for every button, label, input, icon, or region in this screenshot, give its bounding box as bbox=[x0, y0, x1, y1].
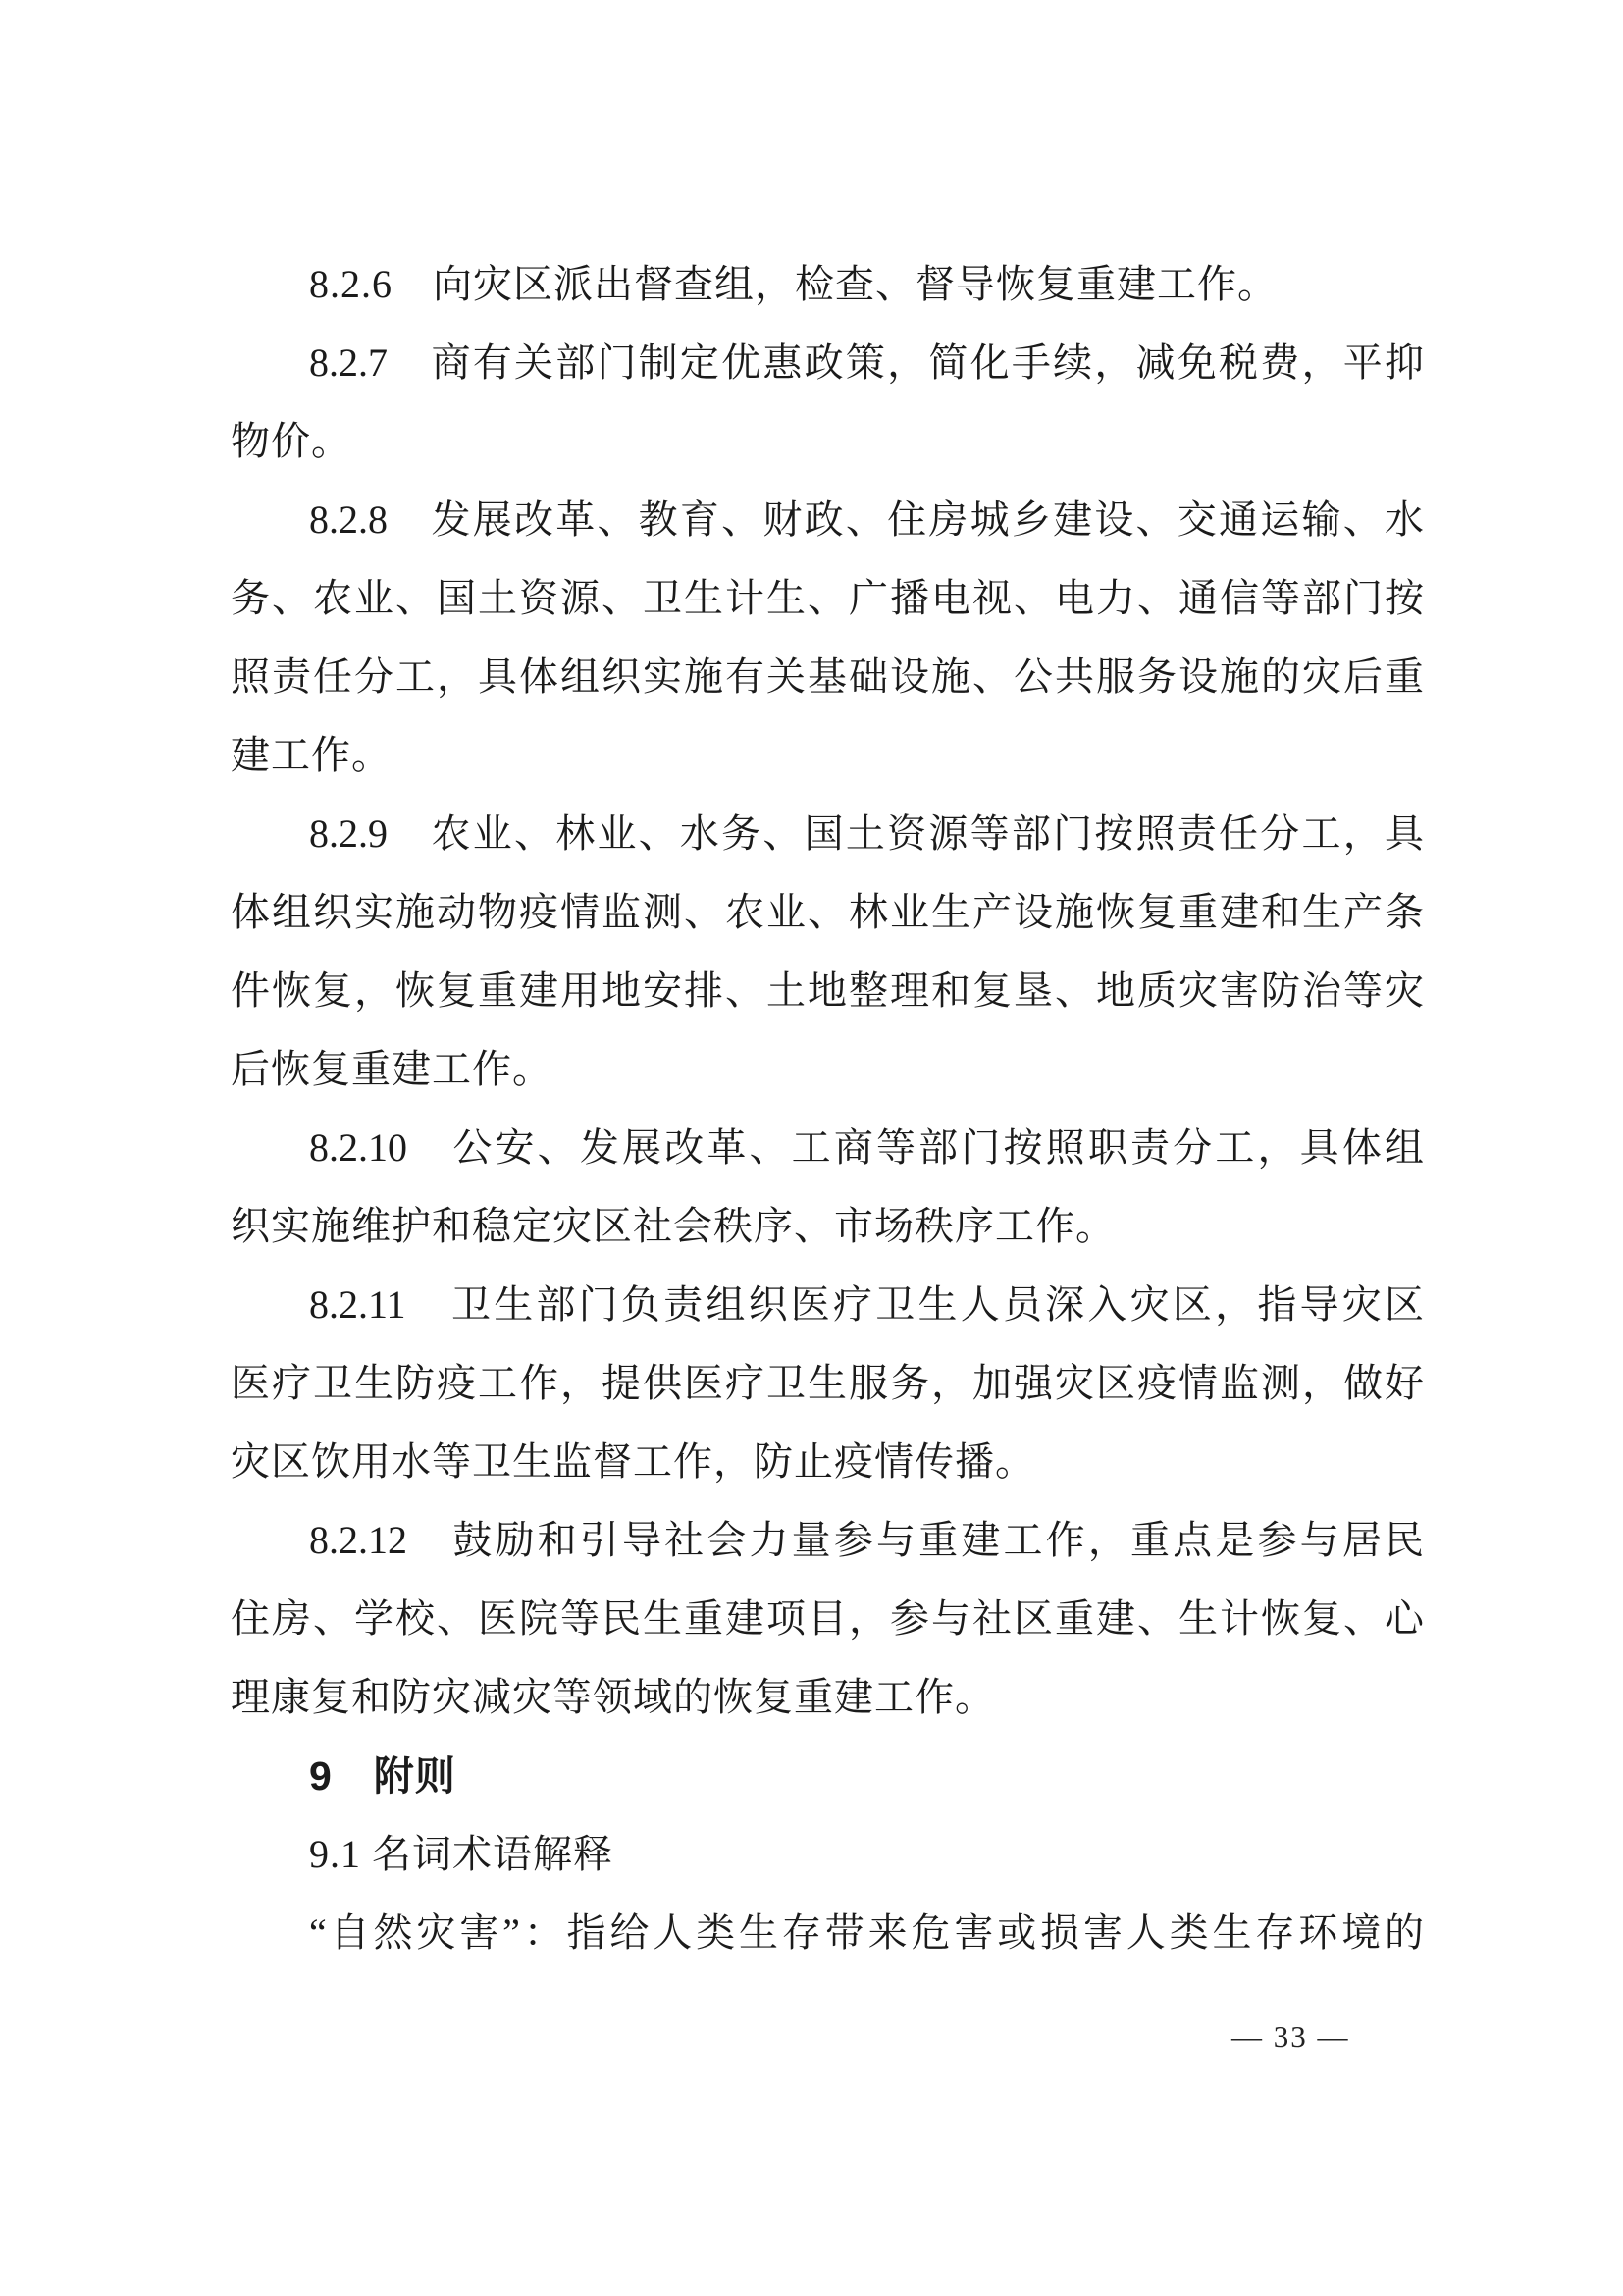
para-8-2-9-line-3: 件恢复，恢复重建用地安排、土地整理和复垦、地质灾害防治等灾 bbox=[231, 952, 1424, 1030]
para-8-2-12-line-3: 理康复和防灾减灾等领域的恢复重建工作。 bbox=[231, 1658, 1424, 1737]
para-8-2-7-line-2: 物价。 bbox=[231, 402, 1424, 481]
para-8-2-12-line-1: 8.2.12 鼓励和引导社会力量参与重建工作，重点是参与居民 bbox=[231, 1501, 1424, 1580]
para-8-2-9-line-1: 8.2.9 农业、林业、水务、国土资源等部门按照责任分工，具 bbox=[231, 795, 1424, 873]
section-9-heading: 9 附则 bbox=[231, 1737, 1424, 1815]
para-term-line-1: “自然灾害”：指给人类生存带来危害或损害人类生存环境的 bbox=[231, 1894, 1424, 1972]
para-8-2-10-line-1: 8.2.10 公安、发展改革、工商等部门按照职责分工，具体组 bbox=[231, 1109, 1424, 1187]
section-9-1-heading: 9.1 名词术语解释 bbox=[231, 1815, 1424, 1894]
para-8-2-8-line-3: 照责任分工，具体组织实施有关基础设施、公共服务设施的灾后重 bbox=[231, 638, 1424, 716]
document-body: 8.2.6 向灾区派出督查组，检查、督导恢复重建工作。8.2.7 商有关部门制定… bbox=[231, 245, 1424, 1972]
para-8-2-8-line-1: 8.2.8 发展改革、教育、财政、住房城乡建设、交通运输、水 bbox=[231, 481, 1424, 559]
para-8-2-10-line-2: 织实施维护和稳定灾区社会秩序、市场秩序工作。 bbox=[231, 1187, 1424, 1266]
para-8-2-12-line-2: 住房、学校、医院等民生重建项目，参与社区重建、生计恢复、心 bbox=[231, 1580, 1424, 1658]
para-8-2-6-line-1: 8.2.6 向灾区派出督查组，检查、督导恢复重建工作。 bbox=[231, 245, 1424, 324]
document-page: 8.2.6 向灾区派出督查组，检查、督导恢复重建工作。8.2.7 商有关部门制定… bbox=[0, 0, 1623, 2296]
page-number: — 33 — bbox=[1231, 2017, 1350, 2057]
para-8-2-9-line-2: 体组织实施动物疫情监测、农业、林业生产设施恢复重建和生产条 bbox=[231, 873, 1424, 952]
para-8-2-8-line-4: 建工作。 bbox=[231, 716, 1424, 795]
para-8-2-9-line-4: 后恢复重建工作。 bbox=[231, 1030, 1424, 1109]
para-8-2-11-line-1: 8.2.11 卫生部门负责组织医疗卫生人员深入灾区，指导灾区 bbox=[231, 1266, 1424, 1344]
para-8-2-7-line-1: 8.2.7 商有关部门制定优惠政策，简化手续，减免税费，平抑 bbox=[231, 324, 1424, 402]
para-8-2-11-line-3: 灾区饮用水等卫生监督工作，防止疫情传播。 bbox=[231, 1423, 1424, 1501]
para-8-2-8-line-2: 务、农业、国土资源、卫生计生、广播电视、电力、通信等部门按 bbox=[231, 559, 1424, 638]
para-8-2-11-line-2: 医疗卫生防疫工作，提供医疗卫生服务，加强灾区疫情监测，做好 bbox=[231, 1344, 1424, 1423]
